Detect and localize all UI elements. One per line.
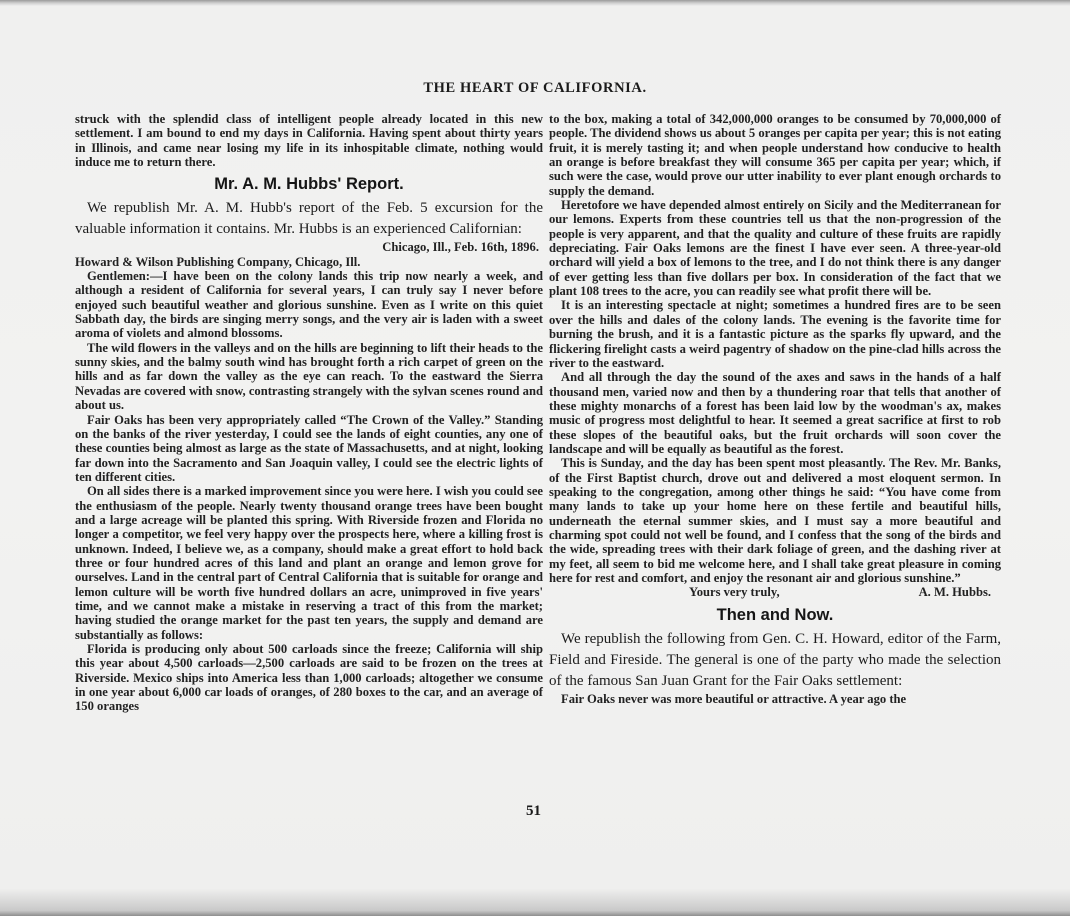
closing-text: Yours very truly, <box>677 585 780 599</box>
paragraph: Gentlemen:—I have been on the colony lan… <box>75 269 543 341</box>
paragraph: The wild flowers in the valleys and on t… <box>75 341 543 413</box>
paragraph: Fair Oaks never was more beautiful or at… <box>549 692 1001 706</box>
signature: A. M. Hubbs. <box>907 585 991 599</box>
left-column: struck with the splendid class of intell… <box>75 112 543 714</box>
paragraph: Fair Oaks has been very appropriately ca… <box>75 413 543 485</box>
paragraph: Florida is producing only about 500 carl… <box>75 642 543 714</box>
running-head: THE HEART OF CALIFORNIA. <box>0 80 1070 97</box>
paragraph: to the box, making a total of 342,000,00… <box>549 112 1001 198</box>
paragraph: This is Sunday, and the day has been spe… <box>549 456 1001 585</box>
book-page: THE HEART OF CALIFORNIA. struck with the… <box>0 0 1070 916</box>
section-title-then-and-now: Then and Now. <box>549 605 1001 625</box>
section-intro: We republish Mr. A. M. Hubb's report of … <box>75 198 543 240</box>
paragraph: Heretofore we have depended almost entir… <box>549 198 1001 298</box>
paragraph: On all sides there is a marked improveme… <box>75 484 543 642</box>
letter-closing: Yours very truly, A. M. Hubbs. <box>549 585 1001 599</box>
letter-dateline: Chicago, Ill., Feb. 16th, 1896. <box>75 240 543 254</box>
continued-paragraph: struck with the splendid class of intell… <box>75 112 543 169</box>
paragraph: It is an interesting spectacle at night;… <box>549 298 1001 370</box>
page-number: 51 <box>526 803 541 820</box>
right-column: to the box, making a total of 342,000,00… <box>549 112 1001 706</box>
letter-addressee: Howard & Wilson Publishing Company, Chic… <box>75 255 543 269</box>
paragraph: And all through the day the sound of the… <box>549 370 1001 456</box>
section-intro: We republish the following from Gen. C. … <box>549 629 1001 692</box>
section-title-hubbs-report: Mr. A. M. Hubbs' Report. <box>75 174 543 194</box>
